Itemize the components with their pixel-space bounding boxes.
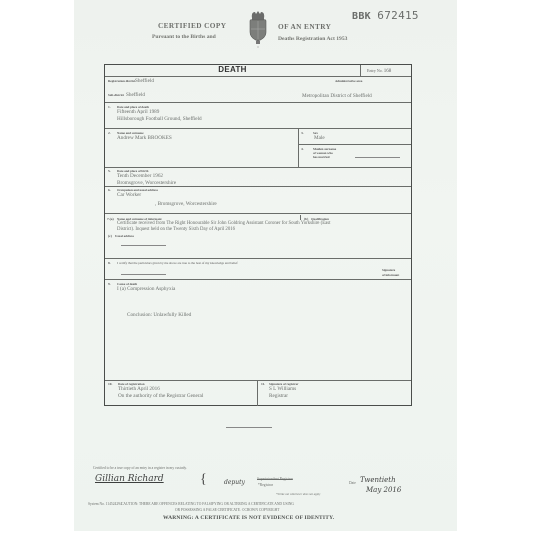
administrative-area-value: Metropolitan District of Sheffield [302,93,372,99]
certified-statement: Certified to be a true copy of an entry … [93,466,187,470]
field-1-number: 1. [108,105,111,109]
header-title-left: CERTIFIED COPY [158,21,226,30]
field-2-number: 2. [108,131,111,135]
separator-line [226,427,272,428]
signature-brace: { [200,472,207,488]
role-struck-out: Superintendent Registrar [257,477,293,481]
field-3-number: 3. [301,131,304,135]
field-8-number: 8. [108,261,111,265]
date-handwritten-line-1: Twentieth [360,476,396,484]
date-of-birth: Tenth December 1962 [117,173,163,179]
death-entry-form: DEATH Entry No. 168 Registration distric… [104,64,412,406]
header-subtitle-right: Deaths Registration Act 1953 [278,36,347,42]
role-registrar: *Registrar [258,483,273,487]
inquest-conclusion: Conclusion: Unlawfully Killed [127,312,191,318]
field-7c-number: (c) [108,234,112,238]
header-subtitle-left: Pursuant to the Births and [152,34,216,40]
maiden-surname-blank [355,157,400,158]
place-of-death: Hillsborough Football Ground, Sheffield [117,116,202,122]
field-7c-label: Usual address [115,234,134,238]
registration-district-label: Registration district [108,79,135,83]
cause-of-death: I (a) Compression Asphyxia [117,286,175,292]
informant-signature-blank [121,274,166,275]
date-label: Date [349,481,356,485]
sex-value: Male [314,135,325,141]
header-title-right: OF AN ENTRY [278,22,331,31]
field-9-number: 9. [108,282,111,286]
certifying-signature: Gillian Richard [95,474,164,484]
field-11-number: 11. [261,382,265,386]
registrar-name: S L Williams [269,386,296,392]
serial-prefix: BBK [352,11,371,22]
date-of-death: Fifteenth April 1989 [117,109,159,115]
field-10-number: 10. [108,382,112,386]
sub-district-value: Sheffield [126,92,145,98]
field-4-label-3: has married [313,155,330,159]
caution-line-2: OR POSSESSING A FALSE CERTIFICATE. ©CROW… [175,508,279,512]
registrar-title: Registrar [269,393,288,399]
usual-address-blank [121,245,166,246]
date-handwritten-line-2: May 2016 [366,486,401,494]
identity-warning: WARNING: A CERTIFICATE IS NOT EVIDENCE O… [163,515,334,521]
caution-line-1: CAUTION: THERE ARE OFFENCES RELATING TO … [121,502,294,506]
entry-number: Entry No. 168 [367,68,391,74]
informant-signature-label-2: of informant [382,273,399,277]
usual-address: , Bromsgrove, Worcestershire [155,201,217,207]
administrative-area-label: Administrative area [335,79,362,83]
deceased-name: Andrew Mark BROOKES [117,135,172,141]
informant-signature-label-1: Signature [382,268,395,272]
informant-text-line-1: Certificate received from The Right Hono… [117,221,330,226]
registration-district-value: Sheffield [135,78,154,84]
field-4-number: 4. [301,147,304,151]
field-7a-number: 7.(a) [107,217,114,221]
form-title: DEATH [105,65,360,74]
role-handwritten: deputy [224,479,245,486]
registration-authority: On the authority of the Registrar Genera… [118,393,203,399]
serial-number: BBK 672415 [352,9,419,22]
sub-district-label: Sub-district [108,93,124,97]
field-5-number: 5. [108,169,111,173]
occupation: Car Worker [117,192,141,198]
coat-of-arms-icon [247,10,269,48]
serial-digits: 672415 [377,9,419,22]
field-8-label: I certify that the particulars given by … [117,261,238,265]
informant-text-line-2: District). Inquest held on the Twenty Si… [117,227,235,232]
system-number: System No. 114524294 [88,502,122,506]
date-of-registration: Thirtieth April 2016 [118,386,160,392]
strike-out-note: *Strike out whichever does not apply [276,492,320,496]
field-6-number: 6. [108,188,111,192]
